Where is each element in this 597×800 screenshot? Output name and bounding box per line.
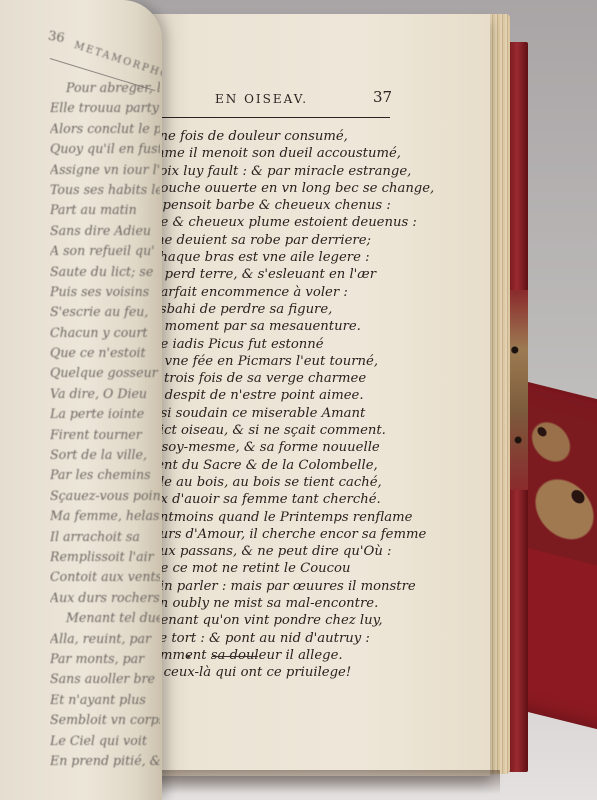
verse-line: il perd terre, & s'esleuant en l'ær [152, 266, 452, 283]
verse-line: Sembloit vn corps [50, 710, 160, 730]
verse-line: En prend pitié, & [50, 751, 160, 771]
verse-line: Quoy qu'il en fust, [50, 139, 160, 159]
verse-line: eurs d'Amour, il cherche encor sa femme [152, 526, 452, 543]
verse-line: Par monts, par [50, 649, 160, 669]
verse-line: A son refueil qu' [50, 241, 160, 261]
verse-line: mme il menoit son dueil accoustumé, [152, 145, 452, 162]
verse-line: Remplissoit l'air [50, 547, 160, 567]
right-page-verses: vne fois de douleur consumé, mme il meno… [152, 128, 452, 682]
verse-line: Menant tel dueil [50, 608, 160, 628]
verse-line: ne iadis Picus fut estonné [152, 336, 452, 353]
verse-line: S'escrie au feu, [50, 302, 160, 322]
verse-line: n despit de n'estre point aimee. [152, 387, 452, 404]
verse-line: Sans auoller bre [50, 669, 160, 689]
left-page-curled: 36 METAMORPHOS Pour abreger, le Elle tro… [0, 0, 162, 800]
end-ornament-dot [187, 655, 190, 658]
verse-line: ux d'auoir sa femme tant cherché. [152, 491, 452, 508]
verse-line: uenant qu'on vint pondre chez luy, [152, 612, 452, 629]
verse-line: ce tort : & pont au nid d'autruy : [152, 630, 452, 647]
verse-line: Elle trouua party p [50, 98, 160, 118]
verse-line: Firent tourner [50, 425, 160, 445]
verse-line: Puis ses voisins [50, 282, 160, 302]
verse-line: en oubly ne mist sa mal-encontre. [152, 595, 452, 612]
verse-line: Assigne vn iour l' [50, 160, 160, 180]
verse-line: aict oiseau, & si ne sçait comment. [152, 422, 452, 439]
verse-line: omment sa douleur il allege. [152, 647, 452, 664]
verse-line: ole au bois, au bois se tient caché, [152, 474, 452, 491]
verse-line: Il arrachoit sa [50, 527, 160, 547]
end-rule [212, 656, 258, 657]
verse-line: d vne fée en Picmars l'eut tourné, [152, 353, 452, 370]
verse-line: Tous ses habits les [50, 180, 160, 200]
right-running-head: EN OISEAV. [215, 92, 308, 106]
verse-line: aux passans, & ne peut dire qu'Où : [152, 543, 452, 560]
verse-line: Quelque gosseur [50, 363, 160, 383]
verse-line: t soy-mesme, & sa forme nouuelle [152, 439, 452, 456]
right-page-number: 37 [373, 88, 392, 106]
verse-line: Sçauez-vous point [50, 486, 160, 506]
verse-line: vne fois de douleur consumé, [152, 128, 452, 145]
verse-line: Pour abreger, le [50, 78, 160, 98]
verse-line: Aux durs rochers [50, 588, 160, 608]
verse-line: r pensoit barbe & cheueux chenus : [152, 197, 452, 214]
verse-line: ue ce mot ne retint le Coucou [152, 560, 452, 577]
verse-line: chaque bras est vne aile legere : [152, 249, 452, 266]
verse-line: n moment par sa mesauenture. [152, 318, 452, 335]
verse-line: ain parler : mais par œuures il monstre [152, 578, 452, 595]
verse-line: esbahi de perdre sa figure, [152, 301, 452, 318]
verse-line: parfait encommence à voler : [152, 284, 452, 301]
left-page-number: 36 [47, 29, 66, 47]
verse-line: La perte iointe [50, 404, 160, 424]
verse-line: Le Ciel qui voit [50, 731, 160, 751]
verse-line: nsi soudain ce miserable Amant [152, 405, 452, 422]
verse-line: Ma femme, helas! [50, 506, 160, 526]
verse-line: Contoit aux vents, [50, 567, 160, 587]
verse-line: Saute du lict; se [50, 262, 160, 282]
verse-line: Et n'ayant plus [50, 690, 160, 710]
verse-line: Va dire, O Dieu [50, 384, 160, 404]
verse-line: Alors conclut le p [50, 119, 160, 139]
verse-line: voix luy fault : & par miracle estrange, [152, 163, 452, 180]
verse-line: Que ce n'estoit [50, 343, 160, 363]
page-shadow [160, 770, 500, 794]
verse-line: bouche ouuerte en vn long bec se change, [152, 180, 452, 197]
verse-line: Part au matin [50, 200, 160, 220]
verse-line: Chacun y court [50, 323, 160, 343]
verse-line: Par les chemins [50, 465, 160, 485]
verse-line: ient du Sacre & de la Colombelle, [152, 457, 452, 474]
verse-line: Sort de la ville, [50, 445, 160, 465]
verse-line: Alla, reuint, par [50, 629, 160, 649]
header-rule [150, 117, 390, 118]
left-page-verses: Pour abreger, le Elle trouua party p Alo… [50, 78, 160, 771]
verse-line: Sans dire Adieu [50, 221, 160, 241]
verse-line: be & cheueux plume estoient deuenus : [152, 214, 452, 231]
verse-line: é trois fois de sa verge charmee [152, 370, 452, 387]
verse-line: antmoins quand le Printemps renflame [152, 509, 452, 526]
verse-line: x ceux-là qui ont ce priuilege! [152, 664, 452, 681]
verse-line: me deuient sa robe par derriere; [152, 232, 452, 249]
